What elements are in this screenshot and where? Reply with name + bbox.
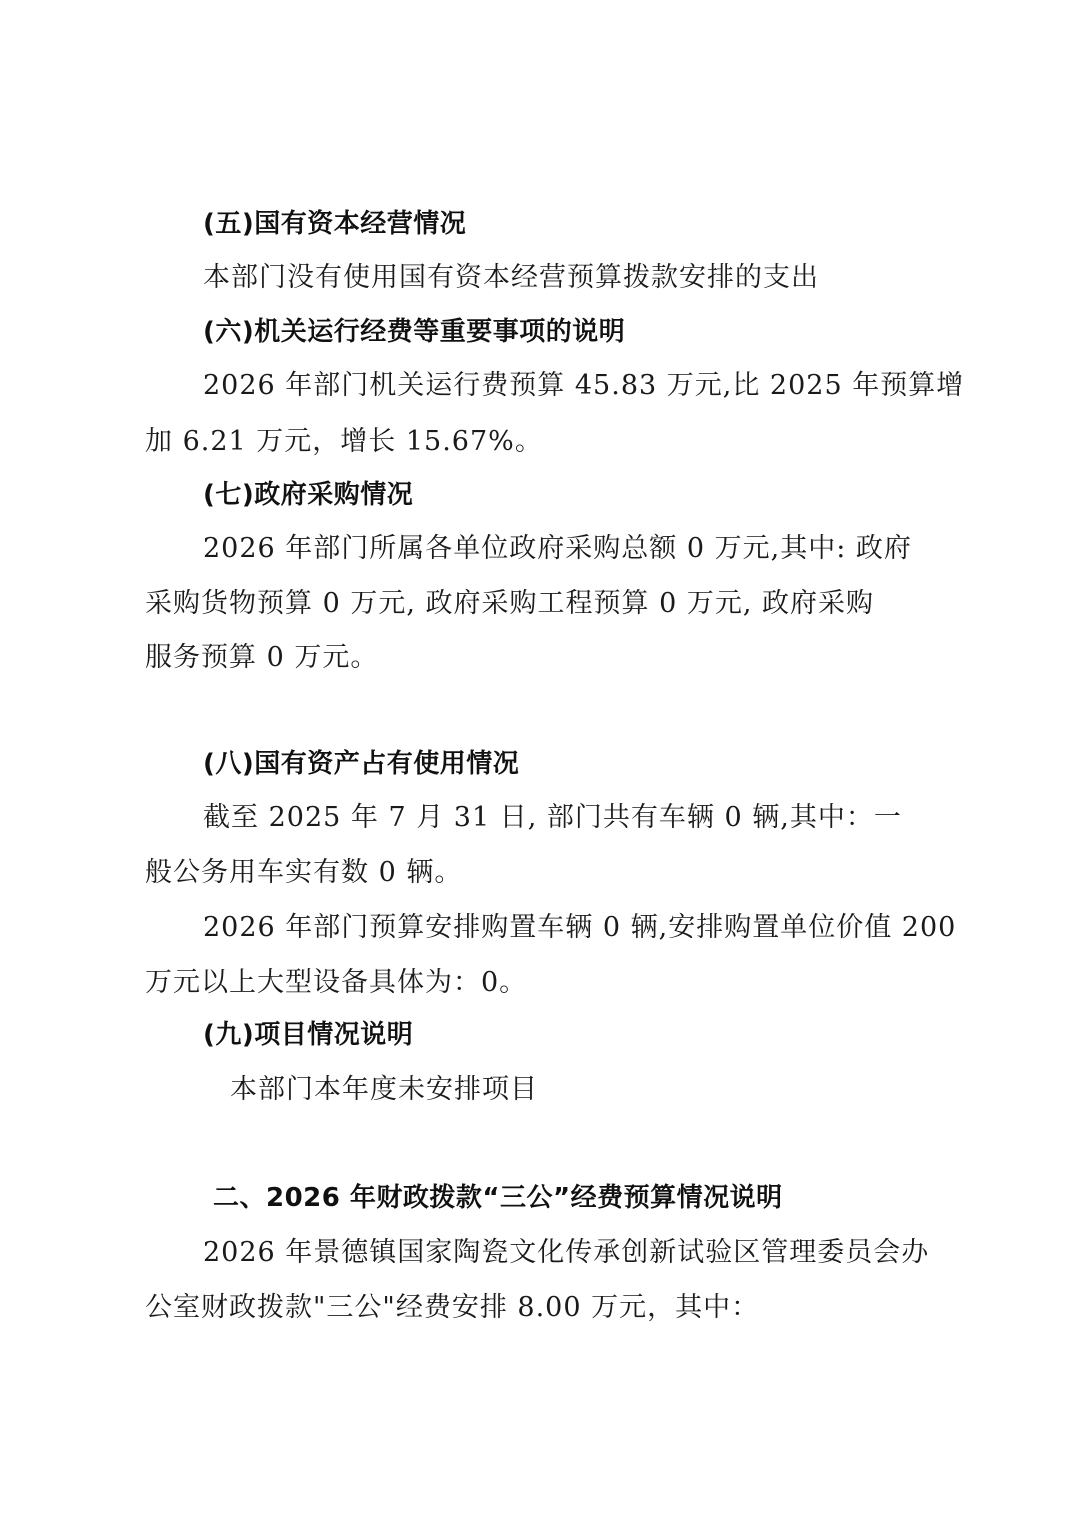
paragraph-line: 本部门本年度未安排项目	[230, 1072, 538, 1108]
section-heading-procurement: (七)政府采购情况	[203, 477, 413, 513]
paragraph-line: 万元以上大型设备具体为：0。	[145, 965, 527, 1001]
paragraph-line: 2026 年部门预算安排购置车辆 0 辆,安排购置单位价值 200	[203, 910, 956, 946]
paragraph-line: 2026 年部门机关运行费预算 45.83 万元,比 2025 年预算增	[203, 368, 964, 404]
section-heading-state-assets: (八)国有资产占有使用情况	[203, 746, 519, 782]
section-heading-three-public-expenses: 二、2026 年财政拨款“三公”经费预算情况说明	[213, 1180, 783, 1216]
section-heading-projects: (九)项目情况说明	[203, 1017, 413, 1053]
paragraph-line: 加 6.21 万元，增长 15.67%。	[145, 424, 543, 460]
paragraph-line: 公室财政拨款"三公"经费安排 8.00 万元，其中：	[145, 1290, 759, 1326]
paragraph-line: 本部门没有使用国有资本经营预算拨款安排的支出	[203, 260, 819, 296]
document-page: (五)国有资本经营情况 本部门没有使用国有资本经营预算拨款安排的支出 (六)机关…	[0, 0, 1074, 1520]
section-heading-state-capital: (五)国有资本经营情况	[203, 206, 466, 242]
paragraph-line: 采购货物预算 0 万元, 政府采购工程预算 0 万元, 政府采购	[145, 586, 874, 622]
paragraph-line: 2026 年景德镇国家陶瓷文化传承创新试验区管理委员会办	[203, 1235, 929, 1271]
paragraph-line: 2026 年部门所属各单位政府采购总额 0 万元,其中: 政府	[203, 531, 912, 567]
section-heading-operating-costs: (六)机关运行经费等重要事项的说明	[203, 314, 625, 350]
paragraph-line: 服务预算 0 万元。	[145, 640, 378, 676]
paragraph-line: 截至 2025 年 7 月 31 日, 部门共有车辆 0 辆,其中：一	[203, 800, 902, 836]
paragraph-line: 般公务用车实有数 0 辆。	[145, 855, 462, 891]
